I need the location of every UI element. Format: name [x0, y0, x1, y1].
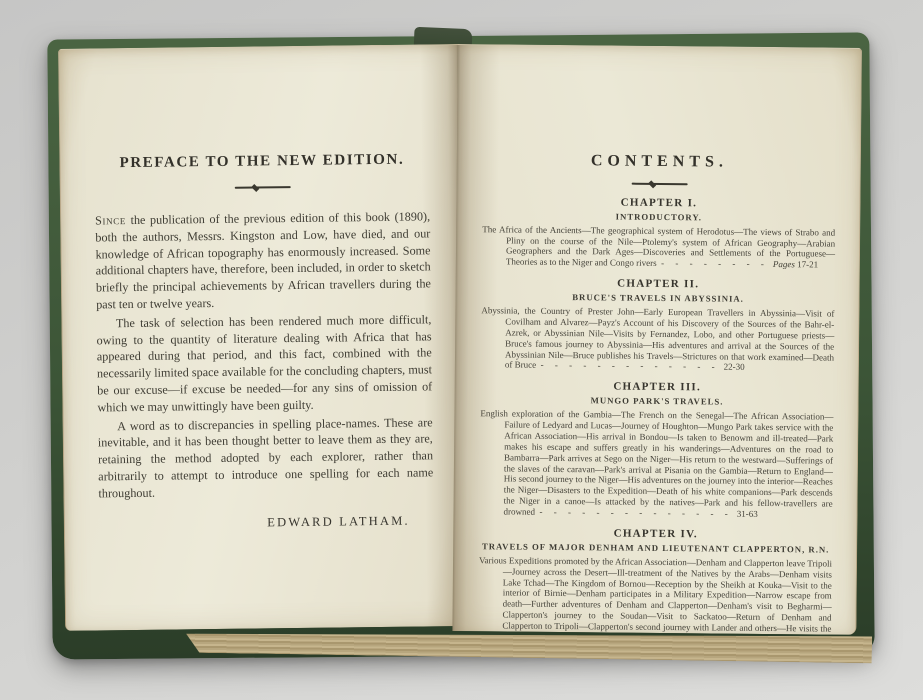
chapter-summary: Various Expeditions promoted by the Afri…: [478, 555, 832, 635]
paragraph-text: the publication of the previous edition …: [95, 209, 431, 311]
preface-paragraph: The task of selection has been rendered …: [96, 311, 432, 416]
chapter-subtitle: BRUCE'S TRAVELS IN ABYSSINIA.: [482, 291, 835, 304]
preface-paragraph: Since the publication of the previous ed…: [95, 208, 431, 313]
chapter-summary: Abyssinia, the Country of Prester John—E…: [481, 305, 835, 374]
contents-list: CONTENTS. CHAPTER I. INTRODUCTORY. The A…: [452, 45, 861, 635]
dash-leaders: - - - - - - - - - - - - - -: [535, 507, 737, 519]
right-page: CONTENTS. CHAPTER I. INTRODUCTORY. The A…: [452, 44, 862, 635]
page-range: 22-30: [724, 362, 745, 372]
page-range: 31-63: [737, 509, 758, 519]
contents-title: CONTENTS.: [483, 151, 836, 172]
book-photo: PREFACE TO THE NEW EDITION. Since the pu…: [0, 0, 923, 700]
chapter-entry: CHAPTER III. MUNGO PARK'S TRAVELS. Engli…: [479, 380, 833, 521]
dash-leaders: - - - - - - - - - - - - -: [536, 360, 724, 372]
chapter-heading: CHAPTER I.: [482, 195, 835, 211]
page-range: 17-21: [797, 260, 818, 270]
divider-ornament: [631, 180, 687, 189]
chapter-subtitle: TRAVELS OF MAJOR DENHAM AND LIEUTENANT C…: [479, 541, 832, 554]
preface-paragraph: A word as to discrepancies in spelling p…: [98, 414, 434, 502]
pages-label: Pages: [773, 259, 797, 269]
preface-content: PREFACE TO THE NEW EDITION. Since the pu…: [59, 45, 465, 631]
chapter-heading: CHAPTER IV.: [479, 526, 832, 542]
divider-ornament: [234, 183, 290, 192]
chapter-subtitle: MUNGO PARK'S TRAVELS.: [481, 394, 834, 407]
dash-leaders: - - - - - - - -: [657, 258, 773, 269]
chapter-heading: CHAPTER III.: [481, 380, 834, 396]
chapter-summary: The Africa of the Ancients—The geographi…: [482, 224, 835, 271]
chapter-heading: CHAPTER II.: [482, 277, 835, 293]
chapter-entry: CHAPTER I. INTRODUCTORY. The Africa of t…: [482, 195, 836, 271]
chapter-entry: CHAPTER II. BRUCE'S TRAVELS IN ABYSSINIA…: [481, 277, 835, 374]
chapter-summary: English exploration of the Gambia—The Fr…: [479, 408, 833, 520]
summary-text: English exploration of the Gambia—The Fr…: [480, 408, 833, 517]
summary-text: Various Expeditions promoted by the Afri…: [479, 555, 832, 635]
preface-title: PREFACE TO THE NEW EDITION.: [94, 151, 429, 172]
lead-word: Since: [95, 213, 126, 227]
author-signature: EDWARD LATHAM.: [99, 513, 434, 532]
left-page: PREFACE TO THE NEW EDITION. Since the pu…: [58, 44, 465, 631]
chapter-entry: CHAPTER IV. TRAVELS OF MAJOR DENHAM AND …: [478, 526, 832, 635]
chapter-subtitle: INTRODUCTORY.: [482, 210, 835, 223]
